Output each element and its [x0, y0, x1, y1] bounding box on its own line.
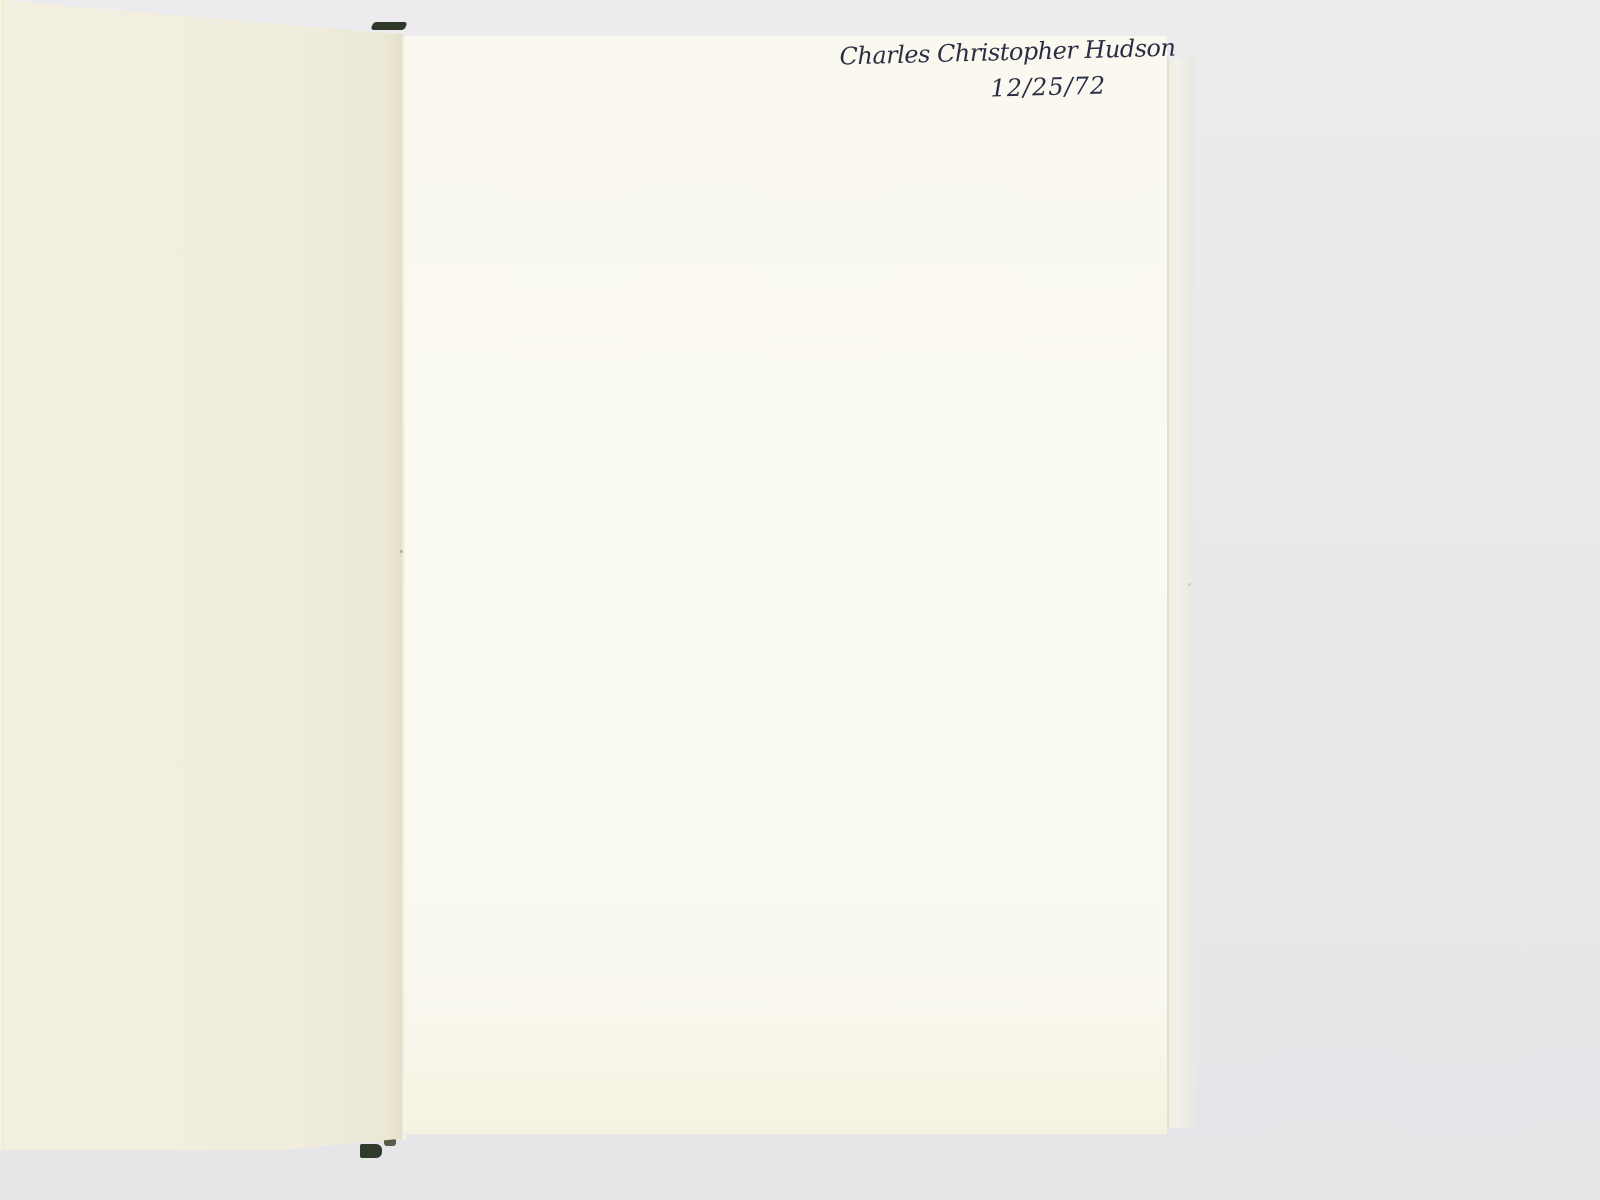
cover-corner-top [371, 22, 408, 30]
cover-corner-bottom [360, 1144, 382, 1158]
book-gutter [400, 36, 406, 1140]
open-book: Charles Christopher Hudson 12/25/72 [0, 0, 1600, 1200]
inscription-date: 12/25/72 [990, 70, 1181, 103]
paper-speck [400, 550, 403, 553]
page-block-edge [1167, 58, 1195, 1128]
handwritten-inscription: Charles Christopher Hudson 12/25/72 [839, 34, 1181, 107]
right-flyleaf-page [405, 36, 1167, 1134]
paper-speck [1188, 583, 1191, 586]
left-endpaper [0, 0, 403, 1150]
